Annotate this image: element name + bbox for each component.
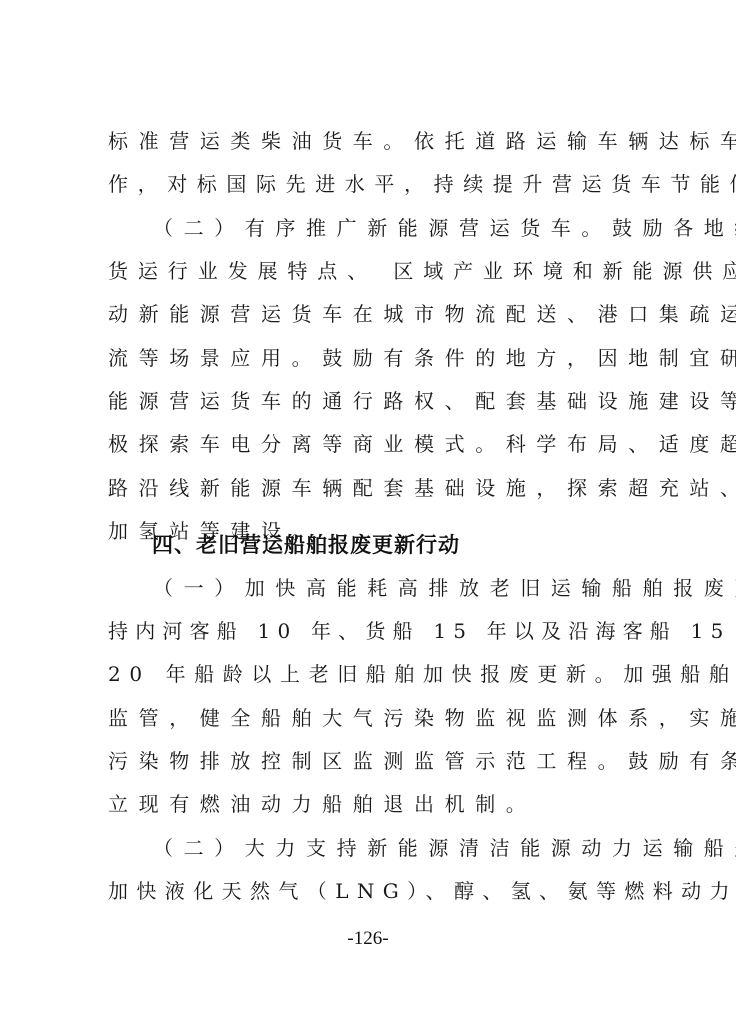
paragraph-line: 路沿线新能源车辆配套基础设施，探索超充站、换电站、: [108, 476, 648, 500]
paragraph-line: 能源营运货车的通行路权、配套基础设施建设等政策，积: [108, 389, 648, 413]
paragraph-line: 流等场景应用。鼓励有条件的地方，因地制宜研究出台新: [108, 346, 648, 370]
paragraph-line: 监管，健全船舶大气污染物监视监测体系，实施船舶大气: [108, 706, 648, 730]
paragraph-line: 极探索车电分离等商业模式。科学布局、适度超前建设公: [108, 432, 648, 456]
paragraph-line: （一）加快高能耗高排放老旧运输船舶报废更新。支: [153, 576, 693, 600]
paragraph-line: 动新能源营运货车在城市物流配送、港口集疏运、干线物: [108, 302, 648, 326]
paragraph-line: 立现有燃油动力船舶退出机制。: [108, 792, 648, 816]
paragraph-line: 20 年船龄以上老旧船舶加快报废更新。加强船舶燃油质量: [108, 662, 648, 686]
paragraph-line: 加快液化天然气（LNG）、醇、氢、氨等燃料动力船型研: [108, 879, 648, 903]
paragraph-line: 污染物排放控制区监测监管示范工程。鼓励有条件地区建: [108, 749, 648, 773]
paragraph-line: （二）有序推广新能源营运货车。鼓励各地结合道路: [153, 216, 693, 240]
paragraph-line: （二）大力支持新能源清洁能源动力运输船舶发展。: [153, 836, 693, 860]
paragraph-line: 标准营运类柴油货车。依托道路运输车辆达标车型管理工: [108, 129, 648, 153]
document-page: 标准营运类柴油货车。依托道路运输车辆达标车型管理工 作，对标国际先进水平，持续提…: [0, 0, 736, 1009]
page-number: -126-: [0, 928, 736, 950]
paragraph-line: 持内河客船 10 年、货船 15 年以及沿海客船 15 年、货船: [108, 619, 648, 643]
paragraph-line: 货运行业发展特点、 区域产业环境和新能源供应能力，推: [108, 259, 648, 283]
section-heading: 四、老旧营运船舶报废更新行动: [152, 533, 460, 557]
paragraph-line: 作，对标国际先进水平，持续提升营运货车节能低碳水平。: [108, 172, 648, 196]
